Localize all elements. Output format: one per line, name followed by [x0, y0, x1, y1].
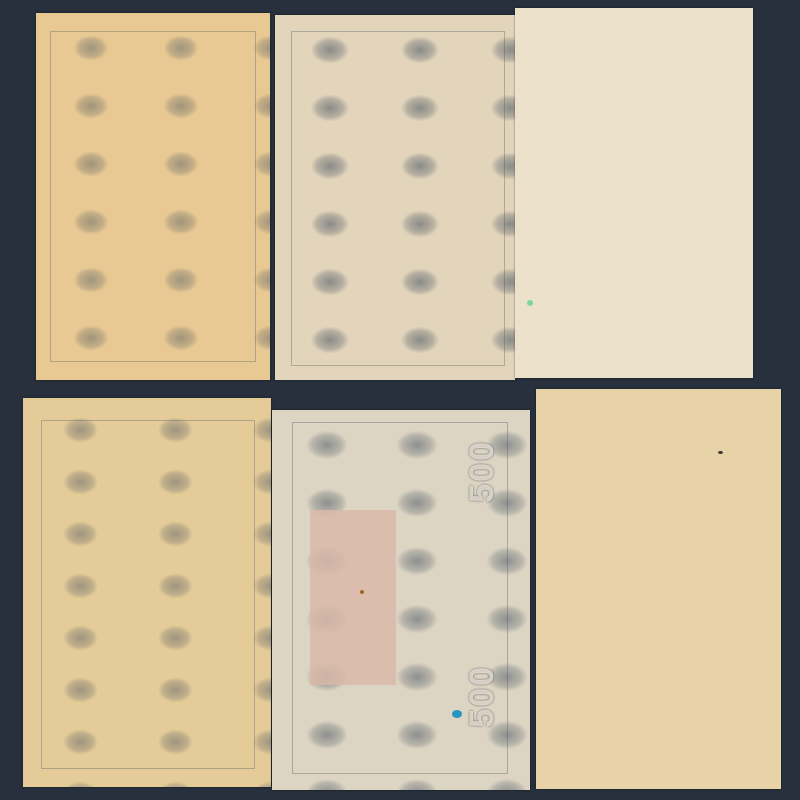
stamp-top-center — [275, 15, 515, 380]
brown-spot — [360, 590, 364, 594]
stamp-top-left — [36, 13, 270, 380]
stamp-bottom-center: 500 500 — [272, 410, 530, 790]
value-numeral-bottom: 500 — [463, 665, 502, 728]
stamp-frame — [291, 31, 505, 366]
stamp-top-right — [515, 8, 753, 378]
stamp-bottom-right — [536, 389, 781, 789]
hinge-remnant — [310, 510, 396, 685]
dark-speck — [718, 451, 723, 454]
value-numeral-top: 500 — [463, 440, 502, 503]
stamp-bottom-left — [23, 398, 271, 787]
blue-ink-spot — [452, 710, 462, 718]
stamp-frame — [41, 420, 255, 769]
stamp-frame — [50, 31, 256, 362]
green-spot — [527, 300, 533, 306]
